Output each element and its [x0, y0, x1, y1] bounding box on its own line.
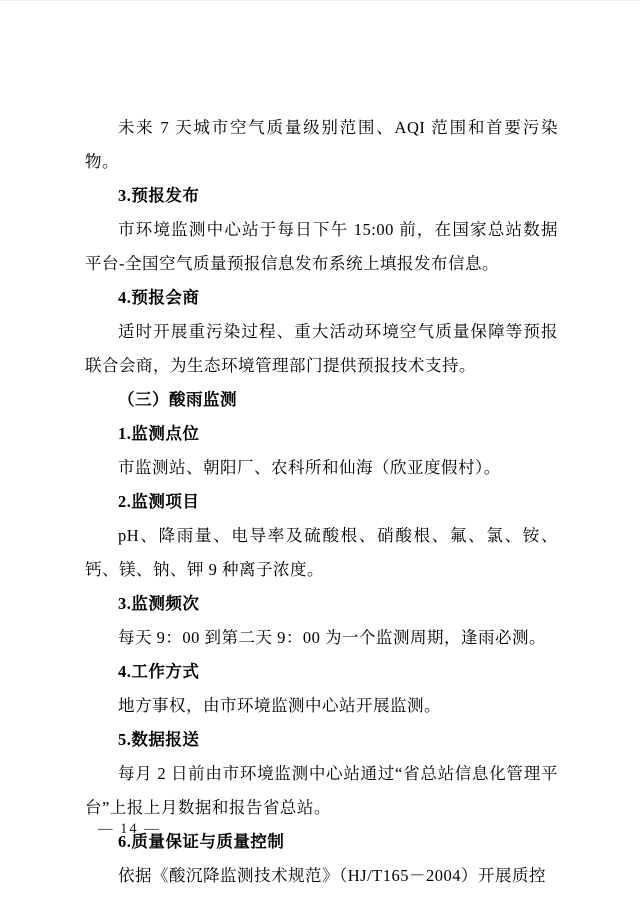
paragraph: 每天 9：00 到第二天 9：00 为一个监测周期，逢雨必测。: [85, 621, 558, 655]
paragraph: pH、降雨量、电导率及硫酸根、硝酸根、氟、氯、铵、钙、镁、钠、钾 9 种离子浓度…: [85, 519, 558, 587]
section-heading: （三）酸雨监测: [85, 383, 558, 417]
section-heading: 1.监测点位: [85, 417, 558, 451]
paragraph: 地方事权，由市环境监测中心站开展监测。: [85, 689, 558, 723]
section-heading: 4.预报会商: [85, 281, 558, 315]
paragraph: 未来 7 天城市空气质量级别范围、AQI 范围和首要污染物。: [85, 111, 558, 179]
section-heading: 3.监测频次: [85, 587, 558, 621]
paragraph: 适时开展重污染过程、重大活动环境空气质量保障等预报联合会商，为生态环境管理部门提…: [85, 315, 558, 383]
section-heading: 2.监测项目: [85, 485, 558, 519]
paragraph: 市环境监测中心站于每日下午 15:00 前，在国家总站数据平台-全国空气质量预报…: [85, 213, 558, 281]
paragraph: 市监测站、朝阳厂、农科所和仙海（欣亚度假村）。: [85, 451, 558, 485]
section-heading: 3.预报发布: [85, 179, 558, 213]
document-page: 未来 7 天城市空气质量级别范围、AQI 范围和首要污染物。 3.预报发布 市环…: [0, 0, 640, 907]
paragraph: 每月 2 日前由市环境监测中心站通过“省总站信息化管理平台”上报上月数据和报告省…: [85, 757, 558, 825]
page-number: — 14 —: [98, 819, 161, 839]
section-heading: 4.工作方式: [85, 655, 558, 689]
paragraph: 依据《酸沉降监测技术规范》（HJ/T165－2004）开展质控: [85, 859, 558, 893]
page-body: 未来 7 天城市空气质量级别范围、AQI 范围和首要污染物。 3.预报发布 市环…: [85, 111, 558, 893]
section-heading: 5.数据报送: [85, 723, 558, 757]
